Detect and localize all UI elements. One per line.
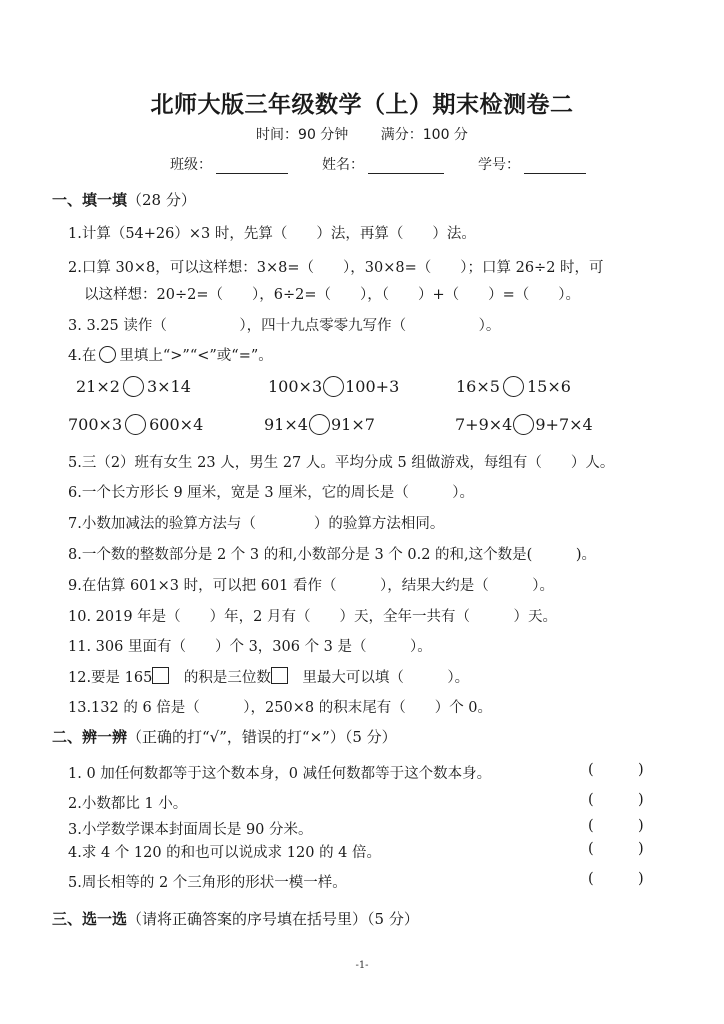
answer-paren-close: ) (638, 871, 644, 887)
class-blank[interactable] (216, 159, 288, 174)
class-field: 班级： (170, 154, 288, 174)
exam-meta: 时间：90 分钟 满分：100 分 (0, 124, 724, 144)
name-blank[interactable] (368, 159, 444, 174)
compare-circle[interactable] (123, 376, 144, 397)
question-1-8: 8.一个数的整数部分是 2 个 3 的和,小数部分是 3 个 0.2 的和,这个… (68, 543, 596, 564)
square-blank[interactable] (271, 667, 288, 684)
answer-paren-close: ) (638, 818, 644, 834)
section-3-heading: 三、选一选（请将正确答案的序号填在括号里）（5 分） (52, 908, 419, 929)
page-number: -1- (0, 960, 724, 971)
compare-circle[interactable] (503, 376, 524, 397)
exam-score: 满分：100 分 (381, 127, 468, 143)
question-1-9: 9.在估算 601×3 时，可以把 601 看作（ ），结果大约是（ ）。 (68, 574, 554, 595)
question-1-1: 1.计算（54+26）×3 时，先算（ ）法，再算（ ）法。 (68, 222, 476, 243)
question-1-7: 7.小数加减法的验算方法与（ ）的验算方法相同。 (68, 512, 444, 533)
student-info: 班级： 姓名： 学号： (170, 154, 620, 174)
compare-circle[interactable] (125, 414, 146, 435)
judge-item-5: 5.周长相等的 2 个三角形的形状一模一样。 (68, 871, 347, 892)
question-1-4: 4.在 里填上“>”“<”或“=”。 (68, 344, 273, 365)
judge-item-1: 1. 0 加任何数都等于这个数本身，0 减任何数都等于这个数本身。 (68, 762, 491, 783)
compare-item: 100×3 100+3 (268, 376, 399, 397)
compare-circle[interactable] (513, 414, 534, 435)
question-1-2a: 2.口算 30×8，可以这样想：3×8=（ ），30×8=（ ）；口算 26÷2… (68, 256, 604, 277)
answer-paren-close: ) (638, 762, 644, 778)
answer-paren-open[interactable]: ( (588, 841, 594, 857)
compare-item: 91×4 91×7 (264, 414, 375, 435)
question-1-10: 10. 2019 年是（ ）年，2 月有（ ）天，全年一共有（ ）天。 (68, 605, 557, 626)
answer-paren-close: ) (638, 841, 644, 857)
compare-circle[interactable] (323, 376, 344, 397)
question-1-2b: 以这样想：20÷2=（ ），6÷2=（ ），（ ）+（ ）=（ ）。 (84, 283, 580, 304)
question-1-13: 13.132 的 6 倍是（ ），250×8 的积末尾有（ ）个 0。 (68, 696, 492, 717)
compare-item: 16×5 15×6 (456, 376, 571, 397)
id-blank[interactable] (524, 159, 586, 174)
id-field: 学号： (478, 154, 586, 174)
answer-paren-close: ) (638, 792, 644, 808)
exam-time: 时间：90 分钟 (256, 127, 348, 143)
question-1-11: 11. 306 里面有（ ）个 3，306 个 3 是（ ）。 (68, 635, 432, 656)
question-1-5: 5.三（2）班有女生 23 人，男生 27 人。平均分成 5 组做游戏，每组有（… (68, 451, 614, 472)
answer-paren-open[interactable]: ( (588, 762, 594, 778)
compare-item: 700×3 600×4 (68, 414, 203, 435)
judge-item-3: 3.小学数学课本封面周长是 90 分米。 (68, 818, 313, 839)
answer-paren-open[interactable]: ( (588, 818, 594, 834)
compare-item: 21×2 3×14 (76, 376, 191, 397)
page-title: 北师大版三年级数学（上）期末检测卷二 (0, 86, 724, 119)
judge-item-2: 2.小数都比 1 小。 (68, 792, 187, 813)
circle-icon (99, 346, 116, 363)
judge-item-4: 4.求 4 个 120 的和也可以说成求 120 的 4 倍。 (68, 841, 381, 862)
answer-paren-open[interactable]: ( (588, 871, 594, 887)
section-1-heading: 一、填一填（28 分） (52, 189, 196, 210)
question-1-3: 3. 3.25 读作（ ），四十九点零零九写作（ ）。 (68, 314, 500, 335)
answer-paren-open[interactable]: ( (588, 792, 594, 808)
compare-circle[interactable] (309, 414, 330, 435)
question-1-6: 6.一个长方形长 9 厘米，宽是 3 厘米，它的周长是（ ）。 (68, 481, 474, 502)
name-field: 姓名： (322, 154, 444, 174)
section-2-heading: 二、辨一辨（正确的打“√”，错误的打“×”）（5 分） (52, 726, 397, 747)
question-1-12: 12.要是 165 的积是三位数 里最大可以填（ ）。 (68, 666, 469, 687)
square-blank[interactable] (152, 667, 169, 684)
compare-item: 7+9×4 9+7×4 (455, 414, 593, 435)
